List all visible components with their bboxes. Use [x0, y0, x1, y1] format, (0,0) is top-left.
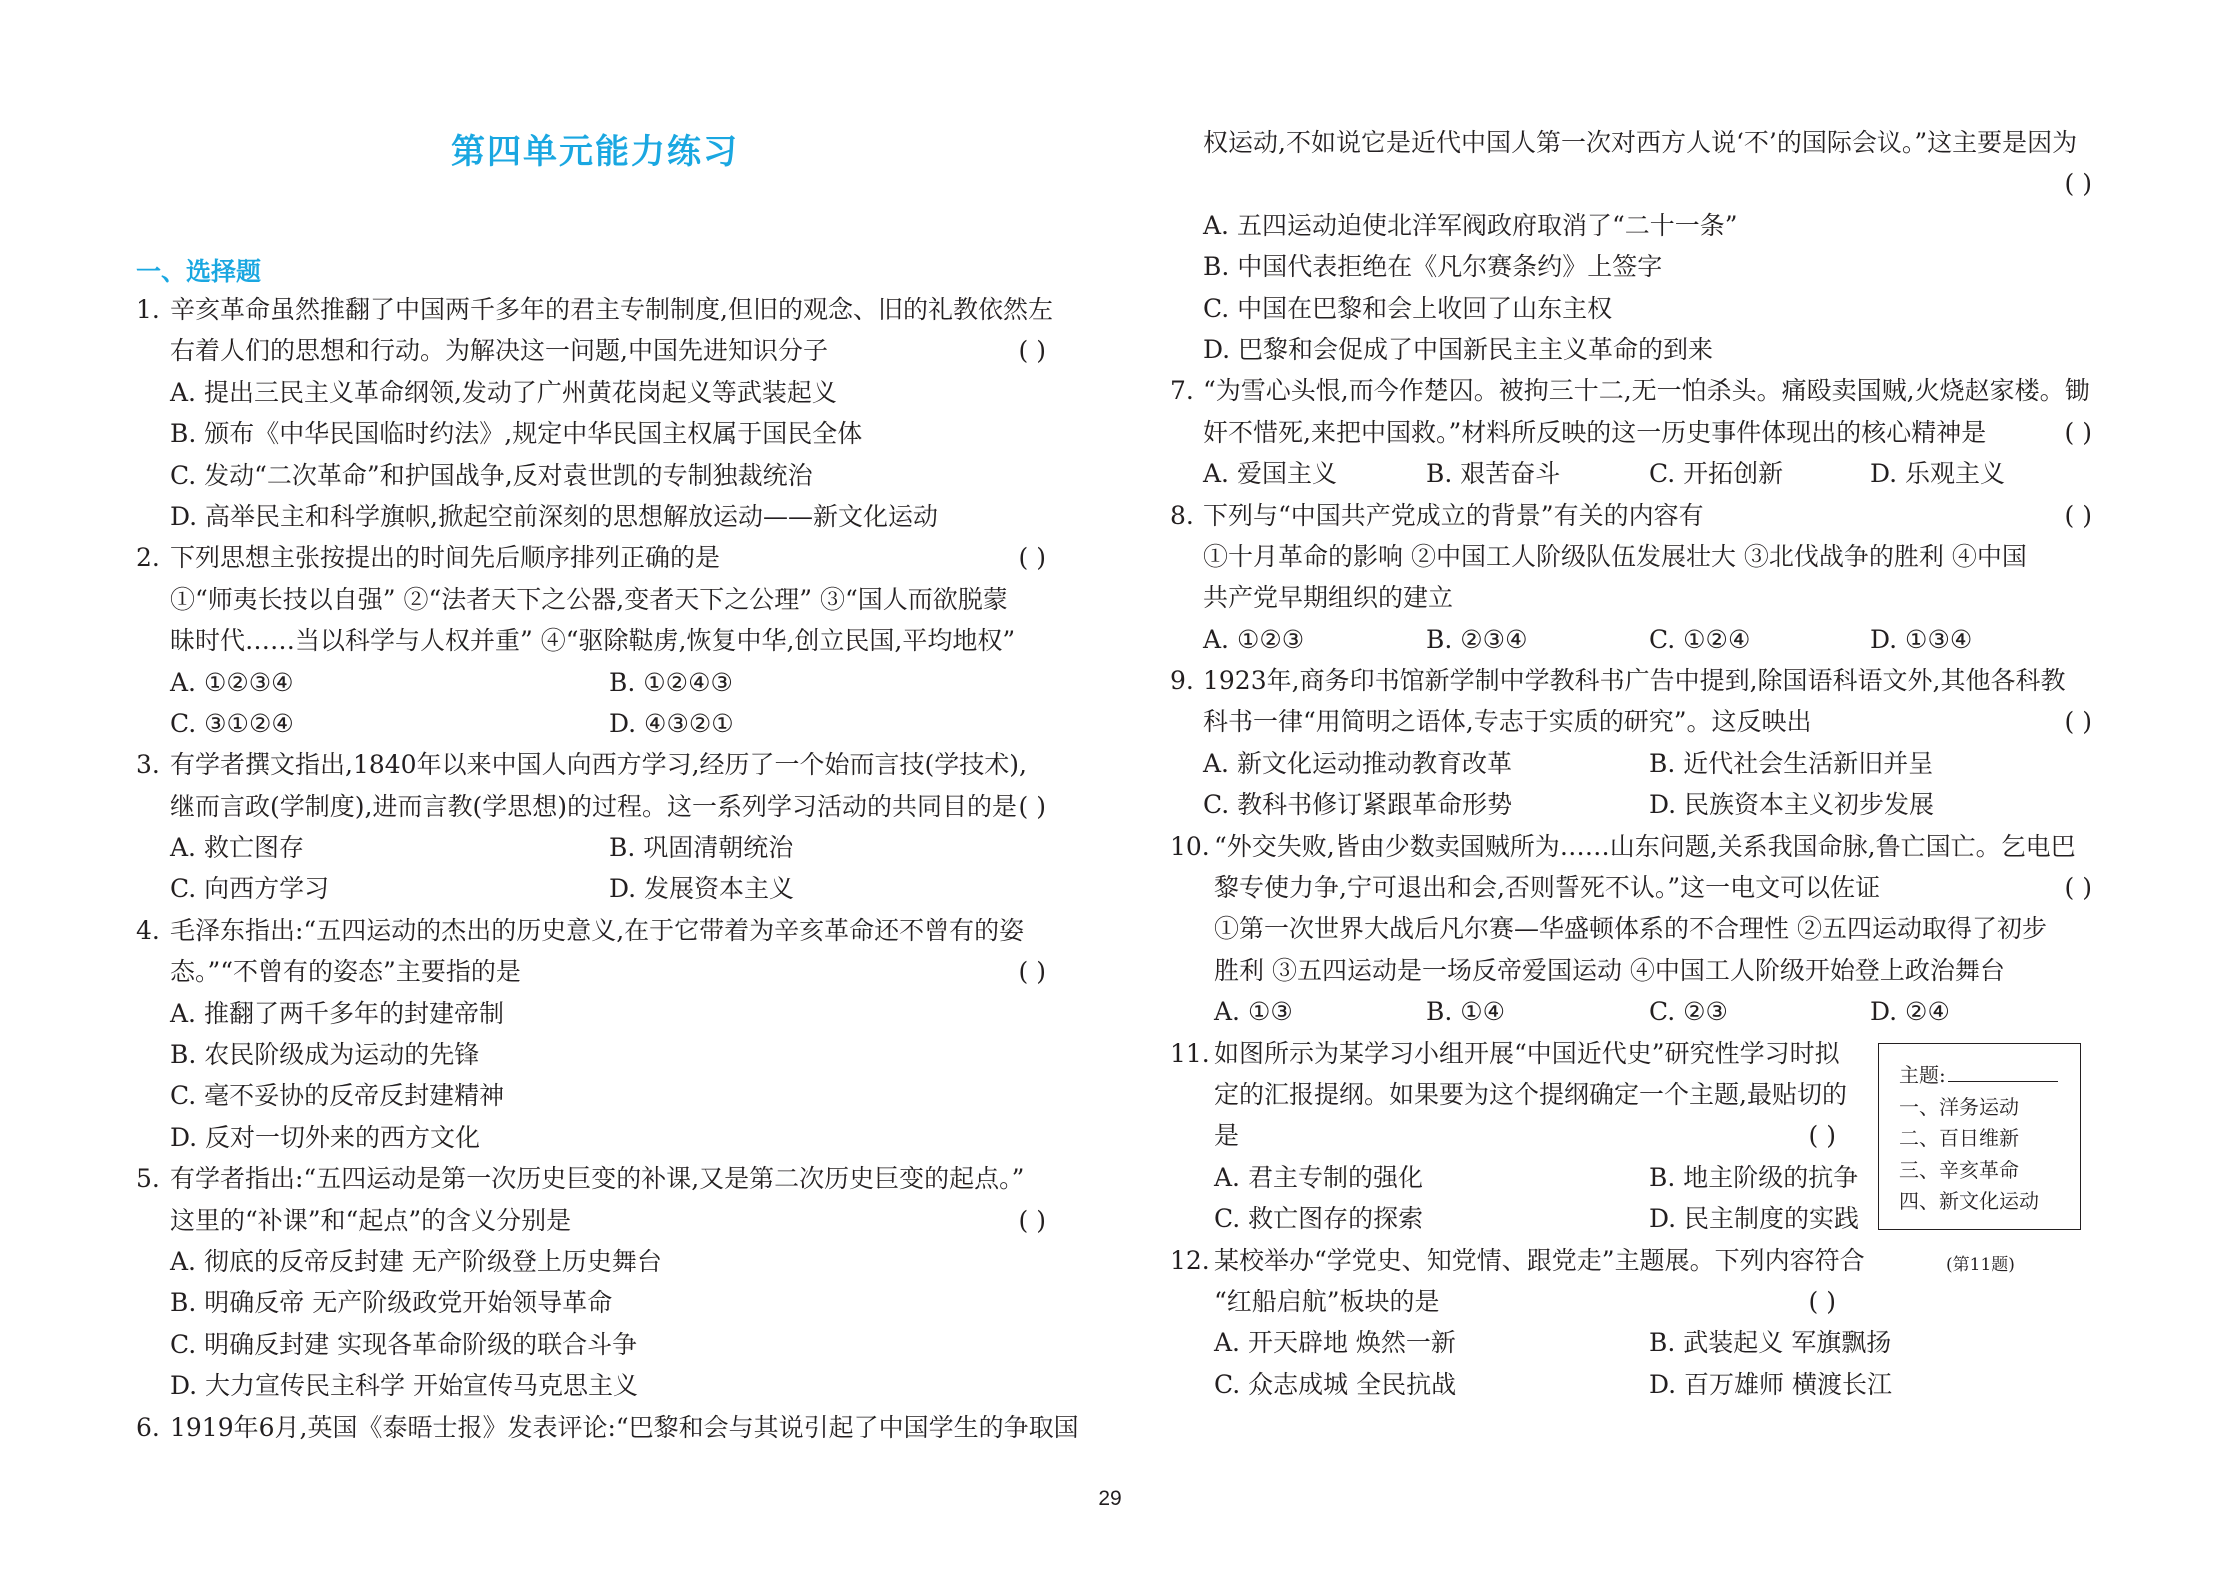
question-10-line-2: 黎专使力争,宁可退出和会,否则誓死不认。”这一电文可以佐证 ( ): [1170, 870, 2094, 911]
page-number: 29: [0, 1487, 2220, 1511]
option-b: B. ①④: [1426, 994, 1505, 1030]
question-number: 4.: [136, 913, 160, 949]
answer-blank[interactable]: ( ): [1019, 954, 1046, 990]
question-text: 这里的“补课”和“起点”的含义分别是: [170, 1203, 571, 1239]
option-b: B. 艰苦奋斗: [1426, 456, 1560, 492]
options-row: A. ①③ B. ①④ C. ②③ D. ②④: [1170, 994, 2094, 1035]
option-b: B. 巩固清朝统治: [609, 830, 793, 866]
question-text: ①第一次世界大战后凡尔赛—华盛顿体系的不合理性 ②五四运动取得了初步: [1214, 911, 2047, 947]
question-5-line-1: 5. 有学者指出:“五四运动是第一次历史巨变的补课,又是第二次历史巨变的起点。”: [136, 1161, 1048, 1202]
question-text: 1919年6月,英国《泰晤士报》发表评论:“巴黎和会与其说引起了中国学生的争取国: [170, 1410, 1079, 1446]
option-d: D. 百万雄师 横渡长江: [1649, 1367, 1892, 1403]
option-text: C. 发动“二次革命”和护国战争,反对袁世凯的专制独裁统治: [170, 458, 813, 494]
question-text: 某校举办“学党史、知党情、跟党走”主题展。下列内容符合: [1214, 1243, 1865, 1279]
outline-item: 三、辛亥革命: [1899, 1155, 2080, 1187]
option-d: D. ④③②①: [609, 706, 734, 742]
question-10-line-4: 胜利 ③五四运动是一场反帝爱国运动 ④中国工人阶级开始登上政治舞台: [1170, 953, 2094, 994]
question-text: 权运动,不如说它是近代中国人第一次对西方人说‘不’的国际会议。”这主要是因为: [1203, 125, 2077, 161]
options-row-cd: C. 教科书修订紧跟革命形势 D. 民族资本主义初步发展: [1170, 787, 2094, 828]
option-text: C. 毫不妥协的反帝反封建精神: [170, 1078, 504, 1114]
option-a: A. 推翻了两千多年的封建帝制: [136, 996, 1048, 1037]
option-c: C. 救亡图存的探索: [1214, 1201, 1423, 1237]
answer-blank[interactable]: ( ): [1019, 540, 1046, 576]
question-10-line-3: ①第一次世界大战后凡尔赛—华盛顿体系的不合理性 ②五四运动取得了初步: [1170, 911, 2094, 952]
question-text: 右着人们的思想和行动。为解决这一问题,中国先进知识分子: [170, 333, 828, 369]
question-number: 11.: [1170, 1036, 1210, 1072]
answer-blank[interactable]: ( ): [1809, 1284, 1836, 1320]
question-text: “外交失败,皆由少数卖国贼所为……山东问题,关系我国命脉,鲁亡国亡。乞电巴: [1214, 829, 2076, 865]
option-text: B. 中国代表拒绝在《凡尔赛条约》上签字: [1203, 249, 1662, 285]
option-a: A. 五四运动迫使北洋军阀政府取消了“二十一条”: [1170, 208, 2094, 249]
option-a: A. ①③: [1214, 994, 1293, 1030]
question-5-line-2: 这里的“补课”和“起点”的含义分别是 ( ): [136, 1203, 1048, 1244]
option-c: C. 众志成城 全民抗战: [1214, 1367, 1456, 1403]
question-6-line-1: 6. 1919年6月,英国《泰晤士报》发表评论:“巴黎和会与其说引起了中国学生的…: [136, 1410, 1048, 1451]
question-4-line-2: 态。”“不曾有的姿态”主要指的是 ( ): [136, 954, 1048, 995]
option-d: D. 巴黎和会促成了中国新民主主义革命的到来: [1170, 332, 2094, 373]
option-c: C. ③①②④: [170, 706, 294, 742]
question-number: 9.: [1170, 663, 1194, 699]
options-row-cd: C. 众志成城 全民抗战 D. 百万雄师 横渡长江: [1170, 1367, 2094, 1408]
option-b: B. 近代社会生活新旧并呈: [1649, 746, 1933, 782]
question-text: 毛泽东指出:“五四运动的杰出的历史意义,在于它带着为辛亥革命还不曾有的姿: [170, 913, 1024, 949]
question-text: 黎专使力争,宁可退出和会,否则誓死不认。”这一电文可以佐证: [1214, 870, 1880, 906]
topic-label: 主题:: [1899, 1063, 1946, 1087]
option-b: B. ②③④: [1426, 622, 1528, 658]
option-a: A. 提出三民主义革命纲领,发动了广州黄花岗起义等武装起义: [136, 375, 1048, 416]
question-6-answer-line: ( ): [1170, 166, 2094, 207]
option-b: B. 武装起义 军旗飘扬: [1649, 1325, 1891, 1361]
option-a: A. ①②③: [1203, 622, 1304, 658]
option-text: B. 明确反帝 无产阶级政党开始领导革命: [170, 1285, 612, 1321]
question-8-line-2: ①十月革命的影响 ②中国工人阶级队伍发展壮大 ③北伐战争的胜利 ④中国: [1170, 539, 2094, 580]
question-4-line-1: 4. 毛泽东指出:“五四运动的杰出的历史意义,在于它带着为辛亥革命还不曾有的姿: [136, 913, 1048, 954]
question-6-line-2: 权运动,不如说它是近代中国人第一次对西方人说‘不’的国际会议。”这主要是因为: [1170, 125, 2094, 166]
page-title: 第四单元能力练习: [0, 124, 1190, 173]
question-1-line-1: 1. 辛亥革命虽然推翻了中国两千多年的君主专制制度,但旧的观念、旧的礼教依然左: [136, 292, 1048, 333]
topic-row: 主题:: [1899, 1060, 2080, 1092]
option-a: A. 君主专制的强化: [1214, 1160, 1423, 1196]
answer-blank[interactable]: ( ): [2065, 870, 2092, 906]
question-text: 科书一律“用简明之语体,专志于实质的研究”。这反映出: [1203, 704, 1812, 740]
question-number: 12.: [1170, 1243, 1210, 1279]
question-text: 有学者撰文指出,1840年以来中国人向西方学习,经历了一个始而言技(学技术),: [170, 747, 1027, 783]
options-row-cd: C. 向西方学习 D. 发展资本主义: [136, 871, 1048, 912]
question-text: 1923年,商务印书馆新学制中学教科书广告中提到,除国语科语文外,其他各科教: [1203, 663, 2065, 699]
option-c: C. 明确反封建 实现各革命阶级的联合斗争: [136, 1327, 1048, 1368]
option-d: D. 高举民主和科学旗帜,掀起空前深刻的思想解放运动——新文化运动: [136, 499, 1048, 540]
left-column: 1. 辛亥革命虽然推翻了中国两千多年的君主专制制度,但旧的观念、旧的礼教依然左 …: [136, 292, 1048, 1451]
option-a: A. 爱国主义: [1203, 456, 1337, 492]
question-text: 继而言政(学制度),进而言教(学思想)的过程。这一系列学习活动的共同目的是: [170, 789, 1017, 825]
option-b: B. 农民阶级成为运动的先锋: [136, 1037, 1048, 1078]
question-text: 如图所示为某学习小组开展“中国近代史”研究性学习时拟: [1214, 1036, 1840, 1072]
options-row-ab: A. 开天辟地 焕然一新 B. 武装起义 军旗飘扬: [1170, 1325, 2094, 1366]
option-a: A. 开天辟地 焕然一新: [1214, 1325, 1456, 1361]
options-row-ab: A. ①②③④ B. ①②④③: [136, 665, 1048, 706]
question-number: 2.: [136, 540, 160, 576]
figure-caption: (第11题): [1878, 1250, 2083, 1275]
option-text: A. 彻底的反帝反封建 无产阶级登上历史舞台: [170, 1244, 662, 1280]
option-a: A. 彻底的反帝反封建 无产阶级登上历史舞台: [136, 1244, 1048, 1285]
option-a: A. 救亡图存: [170, 830, 304, 866]
option-text: C. 明确反封建 实现各革命阶级的联合斗争: [170, 1327, 637, 1363]
q11-outline-figure: 主题: 一、洋务运动 二、百日维新 三、辛亥革命 四、新文化运动: [1878, 1043, 2081, 1230]
question-9-line-1: 9. 1923年,商务印书馆新学制中学教科书广告中提到,除国语科语文外,其他各科…: [1170, 663, 2094, 704]
option-b: B. 明确反帝 无产阶级政党开始领导革命: [136, 1285, 1048, 1326]
option-d: D. 发展资本主义: [609, 871, 794, 907]
question-number: 3.: [136, 747, 160, 783]
answer-blank[interactable]: ( ): [2065, 704, 2092, 740]
option-text: D. 大力宣传民主科学 开始宣传马克思主义: [170, 1368, 638, 1404]
option-c: C. 教科书修订紧跟革命形势: [1203, 787, 1512, 823]
option-text: D. 反对一切外来的西方文化: [170, 1120, 480, 1156]
option-c: C. 毫不妥协的反帝反封建精神: [136, 1078, 1048, 1119]
option-text: D. 巴黎和会促成了中国新民主主义革命的到来: [1203, 332, 1713, 368]
option-d: D. 反对一切外来的西方文化: [136, 1120, 1048, 1161]
answer-blank[interactable]: ( ): [1809, 1118, 1836, 1154]
option-b: B. 中国代表拒绝在《凡尔赛条约》上签字: [1170, 249, 2094, 290]
answer-blank[interactable]: ( ): [1019, 789, 1046, 825]
option-c: C. ①②④: [1649, 622, 1750, 658]
question-9-line-2: 科书一律“用简明之语体,专志于实质的研究”。这反映出 ( ): [1170, 704, 2094, 745]
question-text: 下列与“中国共产党成立的背景”有关的内容有: [1203, 498, 1704, 534]
option-b: B. ①②④③: [609, 665, 733, 701]
question-text: 辛亥革命虽然推翻了中国两千多年的君主专制制度,但旧的观念、旧的礼教依然左: [170, 292, 1053, 328]
question-text: 奸不惜死,来把中国救。”材料所反映的这一历史事件体现出的核心精神是: [1203, 415, 1986, 451]
section-heading: 一、选择题: [136, 252, 261, 288]
option-d: D. ②④: [1870, 994, 1950, 1030]
option-c: C. 发动“二次革命”和护国战争,反对袁世凯的专制独裁统治: [136, 458, 1048, 499]
outline-item: 一、洋务运动: [1899, 1092, 2080, 1124]
question-3-line-1: 3. 有学者撰文指出,1840年以来中国人向西方学习,经历了一个始而言技(学技术…: [136, 747, 1048, 788]
option-c: C. ②③: [1649, 994, 1728, 1030]
option-text: C. 中国在巴黎和会上收回了山东主权: [1203, 291, 1612, 327]
question-2-line-2: ①“师夷长技以自强” ②“法者天下之公器,变者天下之公理” ③“国人而欲脱蒙: [136, 582, 1048, 623]
question-8-line-3: 共产党早期组织的建立: [1170, 580, 2094, 621]
option-c: C. 向西方学习: [170, 871, 329, 907]
option-text: B. 农民阶级成为运动的先锋: [170, 1037, 479, 1073]
question-3-line-2: 继而言政(学制度),进而言教(学思想)的过程。这一系列学习活动的共同目的是 ( …: [136, 789, 1048, 830]
question-number: 1.: [136, 292, 160, 328]
question-8-line-1: 8. 下列与“中国共产党成立的背景”有关的内容有 ( ): [1170, 498, 2094, 539]
question-7-line-2: 奸不惜死,来把中国救。”材料所反映的这一历史事件体现出的核心精神是 ( ): [1170, 415, 2094, 456]
outline-item: 四、新文化运动: [1899, 1186, 2080, 1218]
answer-blank[interactable]: ( ): [1019, 1203, 1046, 1239]
answer-blank[interactable]: ( ): [2065, 415, 2092, 451]
question-number: 5.: [136, 1161, 160, 1197]
question-text: ①“师夷长技以自强” ②“法者天下之公器,变者天下之公理” ③“国人而欲脱蒙: [170, 582, 1008, 618]
options-row: A. ①②③ B. ②③④ C. ①②④ D. ①③④: [1170, 622, 2094, 663]
option-a: A. ①②③④: [170, 665, 294, 701]
question-number: 8.: [1170, 498, 1194, 534]
option-text: A. 五四运动迫使北洋军阀政府取消了“二十一条”: [1203, 208, 1738, 244]
options-row-ab: A. 新文化运动推动教育改革 B. 近代社会生活新旧并呈: [1170, 746, 2094, 787]
question-text: “为雪心头恨,而今作楚囚。被拘三十二,无一怕杀头。痛殴卖国贼,火烧赵家楼。锄: [1203, 373, 2090, 409]
option-text: A. 提出三民主义革命纲领,发动了广州黄花岗起义等武装起义: [170, 375, 837, 411]
option-text: D. 高举民主和科学旗帜,掀起空前深刻的思想解放运动——新文化运动: [170, 499, 938, 535]
option-b: B. 颁布《中华民国临时约法》,规定中华民国主权属于国民全体: [136, 416, 1048, 457]
question-10-line-1: 10. “外交失败,皆由少数卖国贼所为……山东问题,关系我国命脉,鲁亡国亡。乞电…: [1170, 829, 2094, 870]
option-d: D. 民族资本主义初步发展: [1649, 787, 1934, 823]
option-d: D. 乐观主义: [1870, 456, 2005, 492]
question-text: 态。”“不曾有的姿态”主要指的是: [170, 954, 521, 990]
options-row-ab: A. 救亡图存 B. 巩固清朝统治: [136, 830, 1048, 871]
question-2-line-1: 2. 下列思想主张按提出的时间先后顺序排列正确的是 ( ): [136, 540, 1048, 581]
question-text: “红船启航”板块的是: [1214, 1284, 1440, 1320]
option-d: D. ①③④: [1870, 622, 1972, 658]
question-text: 是: [1214, 1118, 1239, 1154]
question-7-line-1: 7. “为雪心头恨,而今作楚囚。被拘三十二,无一怕杀头。痛殴卖国贼,火烧赵家楼。…: [1170, 373, 2094, 414]
question-text: 有学者指出:“五四运动是第一次历史巨变的补课,又是第二次历史巨变的起点。”: [170, 1161, 1024, 1197]
question-text: 定的汇报提纲。如果要为这个提纲确定一个主题,最贴切的: [1214, 1077, 1847, 1113]
answer-blank[interactable]: ( ): [1019, 333, 1046, 369]
question-number: 7.: [1170, 373, 1194, 409]
question-text: ①十月革命的影响 ②中国工人阶级队伍发展壮大 ③北伐战争的胜利 ④中国: [1203, 539, 2027, 575]
option-text: B. 颁布《中华民国临时约法》,规定中华民国主权属于国民全体: [170, 416, 862, 452]
option-text: A. 推翻了两千多年的封建帝制: [170, 996, 504, 1032]
answer-blank[interactable]: ( ): [2065, 166, 2092, 202]
question-number: 6.: [136, 1410, 160, 1446]
question-1-line-2: 右着人们的思想和行动。为解决这一问题,中国先进知识分子 ( ): [136, 333, 1048, 374]
option-c: C. 中国在巴黎和会上收回了山东主权: [1170, 291, 2094, 332]
options-row-cd: C. ③①②④ D. ④③②①: [136, 706, 1048, 747]
topic-blank-line: [1948, 1061, 2058, 1082]
option-a: A. 新文化运动推动教育改革: [1203, 746, 1512, 782]
question-number: 10.: [1170, 829, 1210, 865]
question-text: 昧时代……当以科学与人权并重” ④“驱除鞑虏,恢复中华,创立民国,平均地权”: [170, 623, 1015, 659]
option-d: D. 大力宣传民主科学 开始宣传马克思主义: [136, 1368, 1048, 1409]
question-text: 共产党早期组织的建立: [1203, 580, 1453, 616]
outline-item: 二、百日维新: [1899, 1123, 2080, 1155]
option-c: C. 开拓创新: [1649, 456, 1783, 492]
answer-blank[interactable]: ( ): [2065, 498, 2092, 534]
question-text: 下列思想主张按提出的时间先后顺序排列正确的是: [170, 540, 720, 576]
question-12-line-2: “红船启航”板块的是 ( ): [1170, 1284, 2094, 1325]
options-row: A. 爱国主义 B. 艰苦奋斗 C. 开拓创新 D. 乐观主义: [1170, 456, 2094, 497]
option-b: B. 地主阶级的抗争: [1649, 1160, 1858, 1196]
question-2-line-3: 昧时代……当以科学与人权并重” ④“驱除鞑虏,恢复中华,创立民国,平均地权”: [136, 623, 1048, 664]
option-d: D. 民主制度的实践: [1649, 1201, 1859, 1237]
worksheet-page: 第四单元能力练习 一、选择题 1. 辛亥革命虽然推翻了中国两千多年的君主专制制度…: [0, 0, 2220, 1571]
question-text: 胜利 ③五四运动是一场反帝爱国运动 ④中国工人阶级开始登上政治舞台: [1214, 953, 2005, 989]
